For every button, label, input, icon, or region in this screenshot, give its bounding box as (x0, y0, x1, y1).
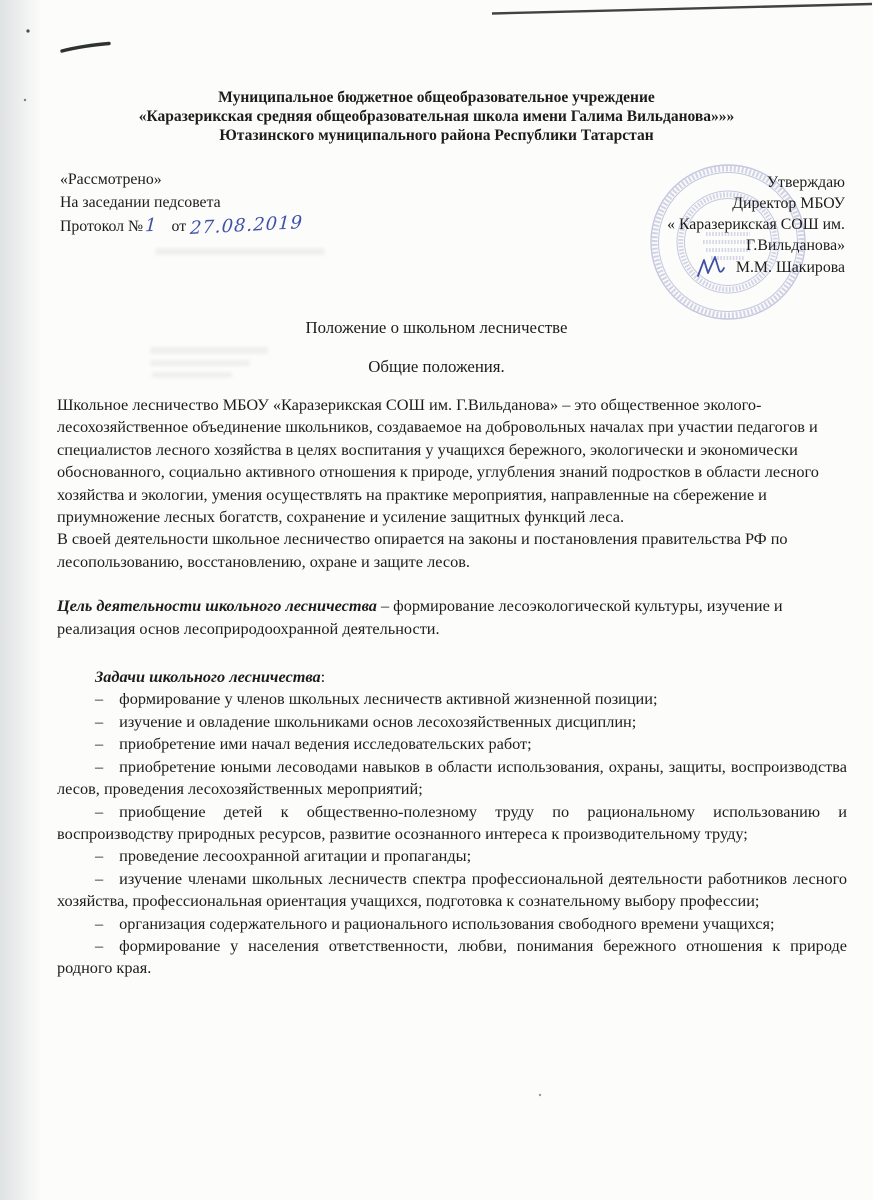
intro-paragraph: Школьное лесничество МБОУ «Каразерикская… (57, 394, 847, 528)
list-dash: – (95, 936, 103, 955)
speck (539, 1094, 541, 1096)
approval-block: Утверждаю Директор МБОУ « Каразерикская … (545, 172, 845, 278)
list-dash: – (95, 869, 103, 888)
goal-paragraph: Цель деятельности школьного лесничества … (57, 595, 847, 640)
legal-basis-paragraph: В своей деятельности школьное лесничеств… (57, 528, 847, 573)
task-item: –приобретение юными лесоводами навыков в… (57, 756, 847, 801)
protocol-line: Протокол №1от27.08.2019 (60, 214, 390, 238)
bleed-through-text (150, 347, 268, 354)
document-header: Муниципальное бюджетное общеобразователь… (0, 88, 873, 145)
page-top-edge-line (492, 4, 872, 14)
protocol-from: от (172, 218, 187, 235)
list-dash: – (95, 734, 103, 753)
signature-scribble (696, 256, 726, 278)
list-dash: – (95, 757, 103, 776)
scanner-edge-shadow (0, 0, 42, 1200)
task-item: –проведение лесоохранной агитации и проп… (57, 845, 847, 867)
speck (26, 29, 29, 32)
approve-position: Директор МБОУ (545, 193, 845, 214)
section-title: Общие положения. (0, 357, 873, 377)
document-body: Школьное лесничество МБОУ «Каразерикская… (57, 394, 847, 980)
approve-label: Утверждаю (545, 172, 845, 193)
reviewed-body: На заседании педсовета (60, 191, 390, 214)
list-dash: – (95, 846, 103, 865)
approve-school-2: Г.Вильданова» (545, 235, 845, 256)
director-name: М.М. Шакирова (736, 259, 845, 276)
protocol-number-handwritten: 1 (144, 214, 158, 238)
task-item: –приобщение детей к общественно-полезном… (57, 801, 847, 846)
protocol-date-handwritten: 27.08.2019 (190, 211, 304, 240)
task-item: –изучение членами школьных лесничеств сп… (57, 868, 847, 913)
task-item: –формирование у населения ответственност… (57, 935, 847, 980)
reviewed-block: «Рассмотрено» На заседании педсовета Про… (60, 168, 390, 238)
list-dash: – (95, 802, 103, 821)
list-dash: – (95, 914, 103, 933)
goal-lead: Цель деятельности школьного лесничества (57, 596, 377, 615)
header-line-1: Муниципальное бюджетное общеобразователь… (0, 88, 873, 107)
header-line-3: Ютазинского муниципального района Респуб… (0, 126, 873, 145)
pen-mark (62, 44, 109, 52)
task-item: –организация содержательного и рациональ… (57, 913, 847, 935)
reviewed-label: «Рассмотрено» (60, 168, 390, 191)
tasks-heading: Задачи школьного лесничества: (57, 666, 847, 688)
approve-school-1: « Каразерикская СОШ им. (545, 214, 845, 235)
protocol-prefix: Протокол № (60, 218, 143, 235)
director-signature-line: М.М. Шакирова (545, 256, 845, 278)
list-dash: – (95, 689, 103, 708)
task-item: –изучение и овладение школьниками основ … (57, 711, 847, 733)
page-title: Положение о школьном лесничестве (0, 318, 873, 338)
list-dash: – (95, 712, 103, 731)
bleed-through-text (155, 248, 325, 255)
header-line-2: «Каразерикская средняя общеобразовательн… (0, 107, 873, 126)
task-item: –формирование у членов школьных лесничес… (57, 688, 847, 710)
task-item: –приобретение ими начал ведения исследов… (57, 733, 847, 755)
